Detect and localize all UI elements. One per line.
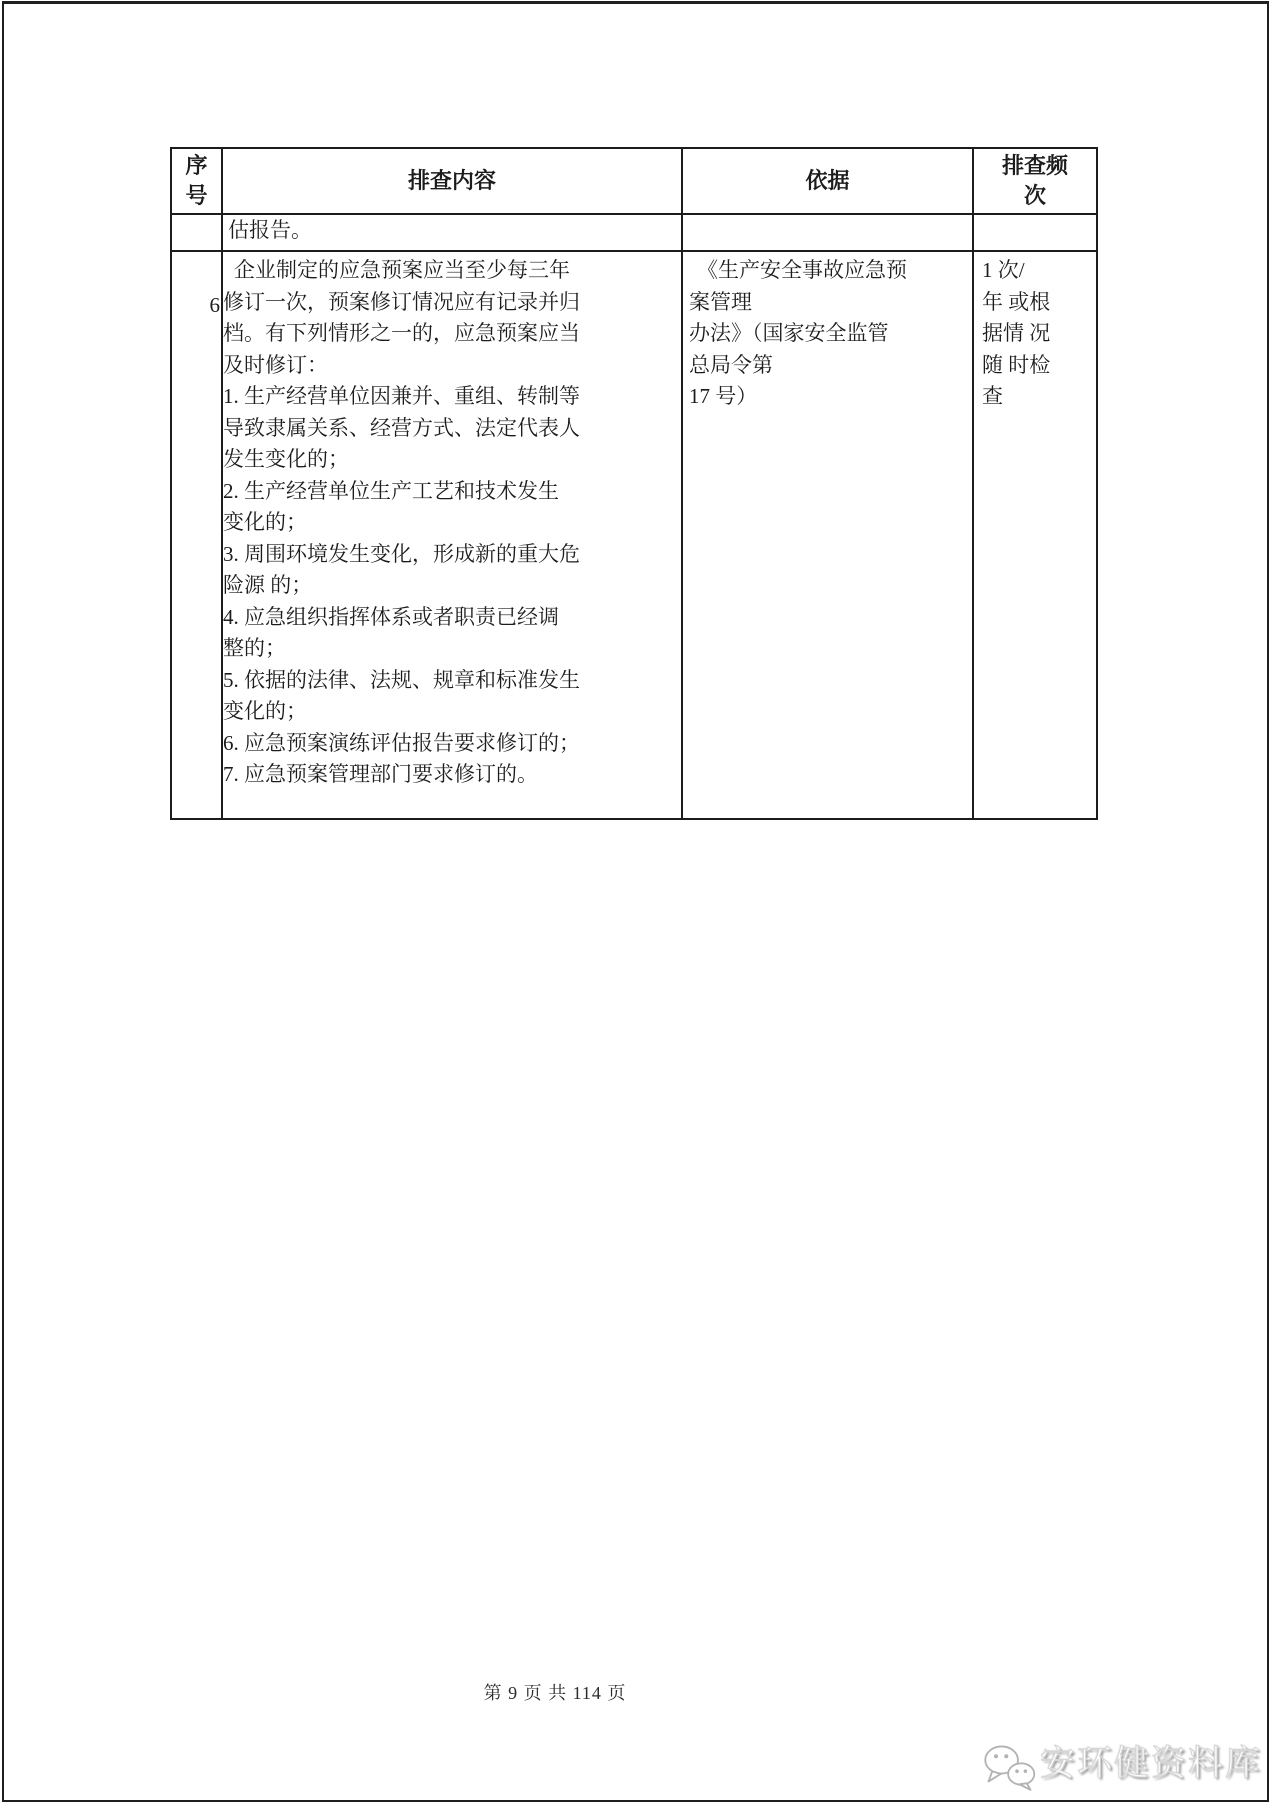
- document-page: { "page": { "footer_text": "第 9 页 共 114 …: [0, 0, 1280, 1810]
- table-header-frequency: 排查频次: [974, 149, 1098, 215]
- continuation-row-basis-cell: [683, 215, 974, 252]
- row6-frequency-cell: 1 次/ 年 或根 据情 况 随 时检 查: [974, 252, 1098, 820]
- brand-name-text: 安环健资料库: [1040, 1740, 1262, 1788]
- table-header-basis: 依据: [683, 149, 974, 215]
- continuation-row-content-cell: 估报告。: [223, 215, 683, 252]
- continuation-row-frequency-cell: [974, 215, 1098, 252]
- row6-content-cell: 企业制定的应急预案应当至少每三年 修订一次，预案修订情况应有记录并归 档。有下列…: [223, 252, 683, 820]
- continuation-row-seq-cell: [172, 215, 223, 252]
- inspection-table: 序号 排查内容 依据 排查频次 估报告。 6 企业制定的应急预案应当至少每三年 …: [170, 147, 1098, 820]
- row6-basis-cell: 《生产安全事故应急预 案管理 办法》（国家安全监管 总局令第 17 号）: [683, 252, 974, 820]
- wechat-bubbles-icon: [982, 1742, 1038, 1797]
- page-number-footer: 第 9 页 共 114 页: [420, 1679, 690, 1705]
- table-header-content: 排查内容: [223, 149, 683, 215]
- watermark-brand: 安环健资料库: [978, 1738, 1268, 1798]
- row6-seq-cell: 6: [172, 252, 223, 820]
- table-header-seq: 序号: [172, 149, 223, 215]
